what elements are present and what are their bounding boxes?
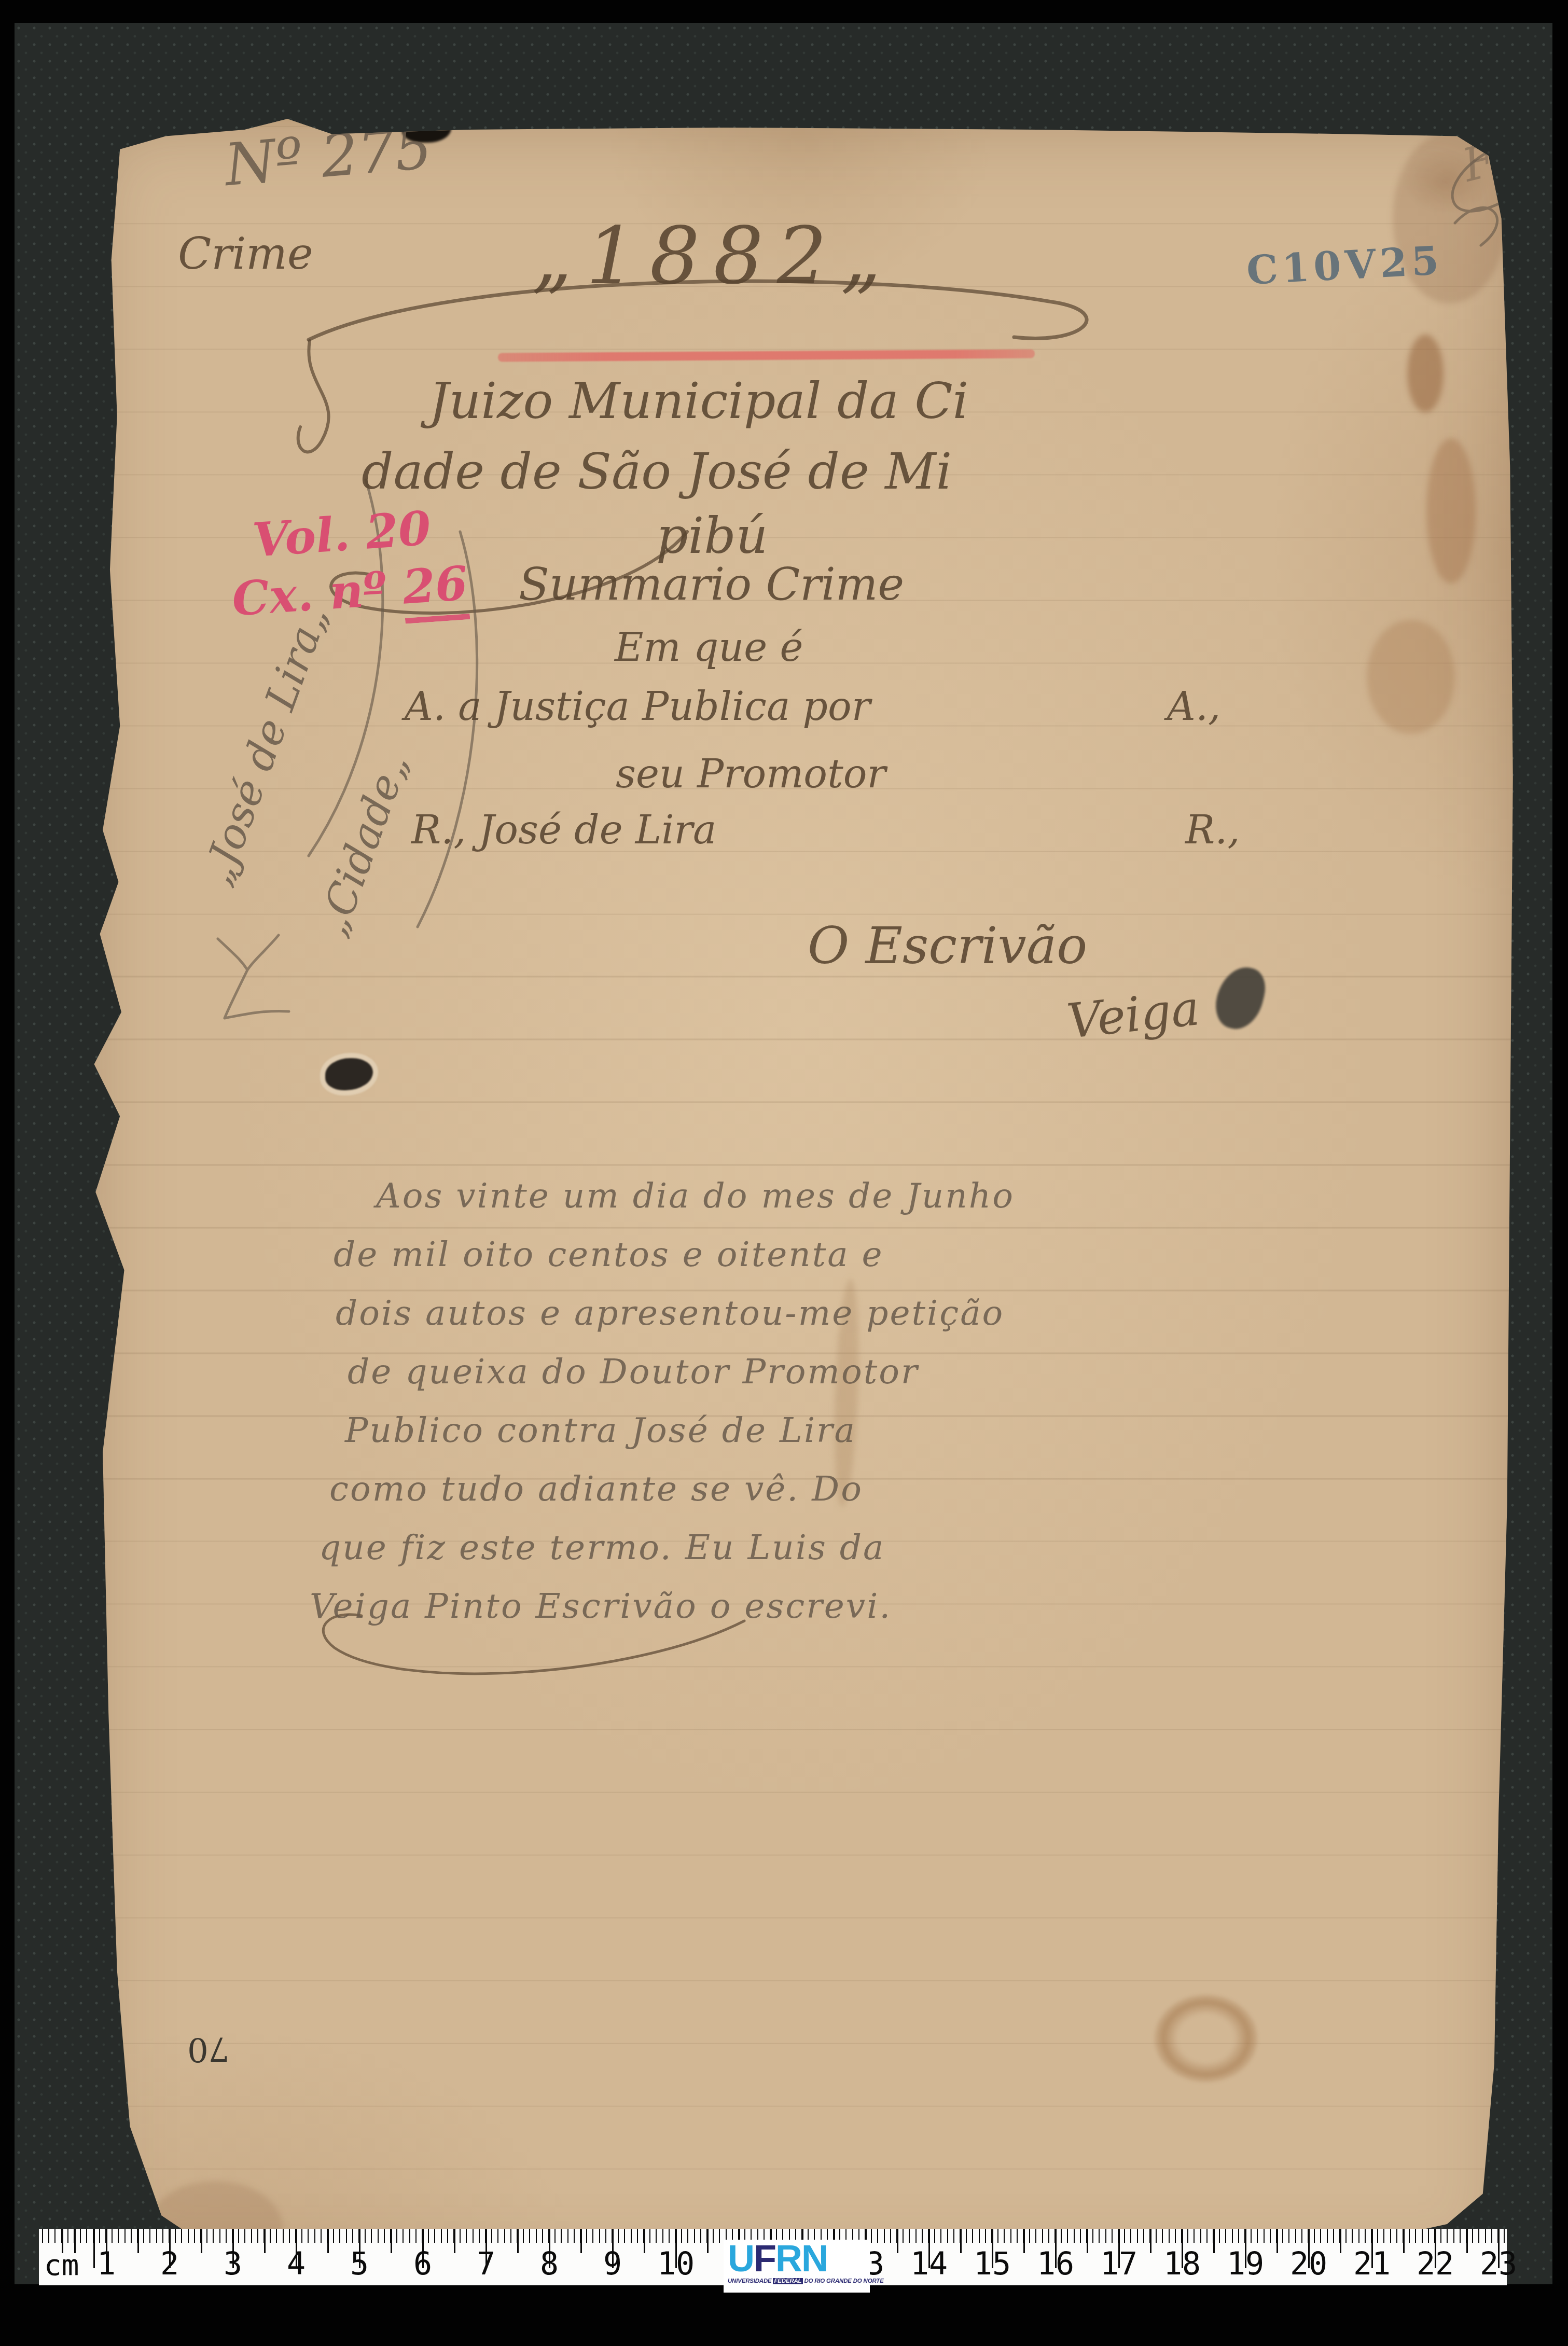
ruler-number: 6 xyxy=(413,2246,432,2282)
case-connector: Em que é xyxy=(615,624,803,670)
clerk-title: O Escrivão xyxy=(808,917,1087,976)
body-line: Veiga Pinto Escrivão o escrevi. xyxy=(310,1586,892,1626)
ruler-number: 23 xyxy=(1480,2246,1517,2282)
heading-line-2: dade de São José de Mi xyxy=(362,442,952,501)
ruler-number: 10 xyxy=(657,2246,695,2282)
heading-line-3: pibú xyxy=(656,507,768,565)
stain xyxy=(1407,335,1444,412)
ruler-number: 21 xyxy=(1353,2246,1391,2282)
body-line: como tudo adiante se vê. Do xyxy=(329,1469,863,1509)
ruler-number: 17 xyxy=(1100,2246,1137,2282)
ruler-number: 19 xyxy=(1227,2246,1264,2282)
stain xyxy=(1154,1994,1258,2083)
logo-letter-n: N xyxy=(801,2242,827,2276)
ruler-number: 7 xyxy=(477,2246,495,2282)
ruler-number: 9 xyxy=(603,2246,622,2282)
body-line: de queixa do Doutor Promotor xyxy=(348,1352,919,1392)
body-line: Aos vinte um dia do mes de Junho xyxy=(376,1176,1015,1216)
stain xyxy=(1367,620,1455,734)
page-number: 70 xyxy=(187,2030,229,2068)
body-line: Publico contra José de Lira xyxy=(345,1410,856,1450)
ruler-number: 1 xyxy=(97,2246,116,2282)
ruler-number: 5 xyxy=(350,2246,369,2282)
ufrn-fullname: UNIVERSIDADE FEDERAL DO RIO GRANDE DO NO… xyxy=(728,2278,867,2284)
manuscript-page: Nº 275 Fls Crime „1882„ C10V25 Juizo Mun… xyxy=(86,117,1517,2285)
ruler-number: 20 xyxy=(1290,2246,1327,2282)
ruler-number: 22 xyxy=(1417,2246,1454,2282)
defendant-abbrev: R., xyxy=(1185,807,1240,853)
ruler-number: 15 xyxy=(974,2246,1011,2282)
scanned-document: Nº 275 Fls Crime „1882„ C10V25 Juizo Mun… xyxy=(0,0,1568,2346)
case-type: Summario Crime xyxy=(519,559,904,610)
logo-letter-u: U xyxy=(728,2242,754,2276)
body-line: de mil oito centos e oitenta e xyxy=(334,1234,884,1274)
year-title: „1882„ xyxy=(532,210,895,302)
ufrn-word-universidade: UNIVERSIDADE xyxy=(728,2278,772,2284)
stain xyxy=(1426,438,1476,584)
author-line: A. a Justiça Publica por xyxy=(405,683,870,729)
ufrn-acronym: U F R N xyxy=(728,2241,867,2276)
ufrn-word-rest: DO RIO GRANDE DO NORTE xyxy=(804,2278,883,2284)
author-abbrev: A., xyxy=(1167,683,1220,729)
classification-label: Crime xyxy=(178,228,313,279)
logo-letter-r: R xyxy=(775,2242,801,2276)
ruler-number: 8 xyxy=(540,2246,559,2282)
body-line: dois autos e apresentou-me petição xyxy=(336,1293,1004,1333)
ruler-number: 14 xyxy=(910,2246,948,2282)
ruler-unit-label: cm xyxy=(44,2248,79,2282)
promoter-line: seu Promotor xyxy=(616,751,886,797)
ufrn-word-federal: FEDERAL xyxy=(773,2278,803,2284)
ruler-number: 18 xyxy=(1163,2246,1201,2282)
ruler-number: 4 xyxy=(287,2246,306,2282)
ruler-number: 2 xyxy=(160,2246,179,2282)
body-line: que fiz este termo. Eu Luis da xyxy=(319,1528,885,1567)
defendant-line: R., José de Lira xyxy=(411,807,716,853)
logo-letter-f: F xyxy=(754,2242,775,2276)
box-number: 26 xyxy=(401,556,470,623)
heading-line-1: Juizo Municipal da Ci xyxy=(429,372,968,430)
ruler-number: 16 xyxy=(1037,2246,1074,2282)
ruler-number: 3 xyxy=(224,2246,242,2282)
ufrn-logo: U F R N UNIVERSIDADE FEDERAL DO RIO GRAN… xyxy=(724,2240,870,2293)
